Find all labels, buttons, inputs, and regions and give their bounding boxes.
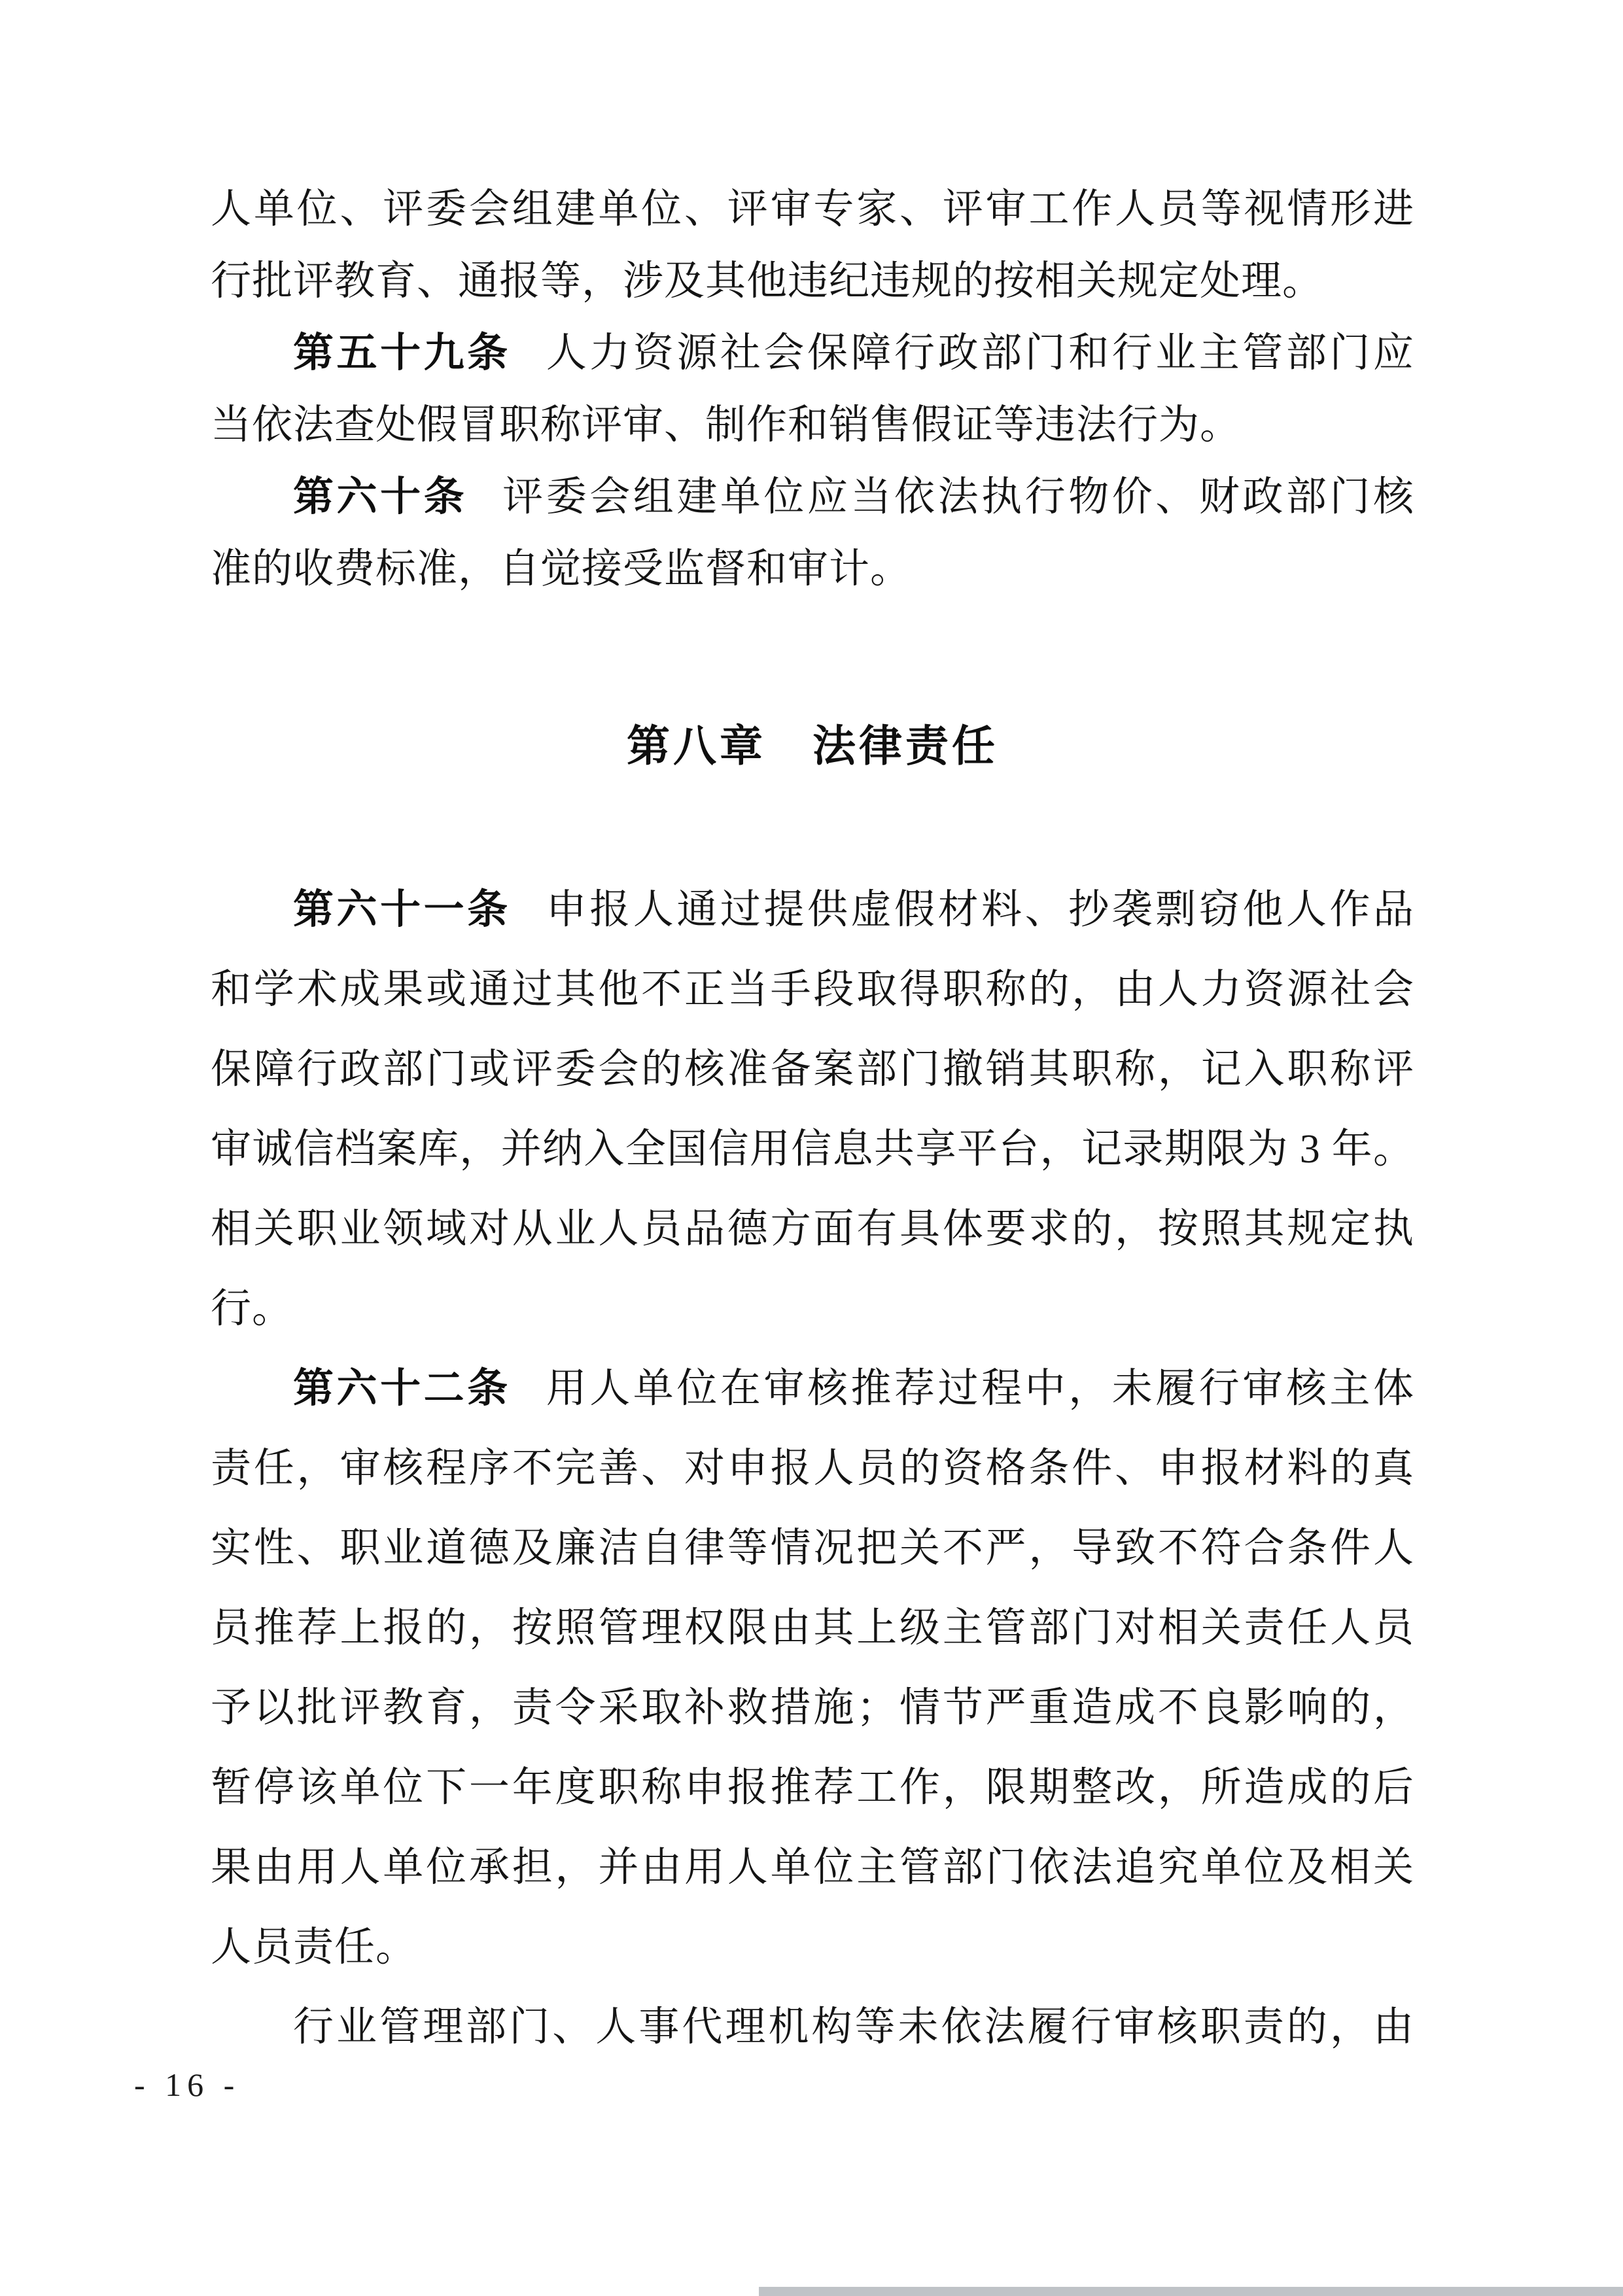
- text-body: 人单位、评委会组建单位、评审专家、评审工作人员等视情形进 行批评教育、通报等，涉…: [211, 173, 1414, 2067]
- section-after-chapter: 第六十一条申报人通过提供虚假材料、抄袭剽窃他人作品 和学术成果或通过其他不正当手…: [211, 870, 1414, 2067]
- line-text: 相关职业领域对从业人员品德方面有具体要求的，按照其规定执: [211, 1207, 1414, 1251]
- body-line: 和学术成果或通过其他不正当手段取得职称的，由人力资源社会: [211, 950, 1414, 1030]
- line-text: 准的收费标准，自觉接受监督和审计。: [211, 547, 911, 591]
- page-number: - 16 -: [134, 2066, 240, 2104]
- body-line-article-61: 第六十一条申报人通过提供虚假材料、抄袭剽窃他人作品: [211, 870, 1414, 950]
- article-number: 第六十一条: [293, 887, 511, 932]
- body-line: 行。: [211, 1269, 1414, 1349]
- body-line: 责任，审核程序不完善、对申报人员的资格条件、申报材料的真: [211, 1429, 1414, 1508]
- article-number: 第六十二条: [293, 1366, 511, 1411]
- line-text: 和学术成果或通过其他不正当手段取得职称的，由人力资源社会: [211, 967, 1414, 1012]
- line-text: 行批评教育、通报等，涉及其他违纪违规的按相关规定处理。: [211, 259, 1323, 304]
- line-text: 人员责任。: [211, 1925, 417, 1970]
- body-line: 予以批评教育，责令采取补救措施；情节严重造成不良影响的，: [211, 1668, 1414, 1748]
- line-text: 员推荐上报的，按照管理权限由其上级主管部门对相关责任人员: [211, 1606, 1414, 1650]
- line-text: 审诚信档案库，并纳入全国信用信息共享平台，记录期限为 3 年。: [211, 1127, 1414, 1172]
- line-text: 评委会组建单位应当依法执行物价、财政部门核: [502, 475, 1414, 519]
- document-page: 人单位、评委会组建单位、评审专家、评审工作人员等视情形进 行批评教育、通报等，涉…: [0, 0, 1623, 2296]
- body-line: 当依法查处假冒职称评审、制作和销售假证等违法行为。: [211, 389, 1414, 461]
- body-line: 员推荐上报的，按照管理权限由其上级主管部门对相关责任人员: [211, 1588, 1414, 1668]
- body-line-article-60: 第六十条评委会组建单位应当依法执行物价、财政部门核: [211, 461, 1414, 533]
- line-text: 人单位、评委会组建单位、评审专家、评审工作人员等视情形进: [211, 187, 1414, 232]
- body-line-article-62: 第六十二条用人单位在审核推荐过程中，未履行审核主体: [211, 1349, 1414, 1429]
- chapter-heading: 第八章 法律责任: [211, 710, 1414, 782]
- line-text: 果由用人单位承担，并由用人单位主管部门依法追究单位及相关: [211, 1845, 1414, 1890]
- line-text: 行。: [211, 1287, 293, 1331]
- line-text: 予以批评教育，责令采取补救措施；情节严重造成不良影响的，: [211, 1686, 1414, 1730]
- body-line: 果由用人单位承担，并由用人单位主管部门依法追究单位及相关: [211, 1828, 1414, 1907]
- body-line: 人员责任。: [211, 1907, 1414, 1987]
- line-text: 责任，审核程序不完善、对申报人员的资格条件、申报材料的真: [211, 1446, 1414, 1491]
- line-text: 保障行政部门或评委会的核准备案部门撤销其职称，记入职称评: [211, 1047, 1414, 1092]
- line-text: 用人单位在审核推荐过程中，未履行审核主体: [546, 1366, 1414, 1411]
- body-line: 准的收费标准，自觉接受监督和审计。: [211, 533, 1414, 605]
- body-line: 相关职业领域对从业人员品德方面有具体要求的，按照其规定执: [211, 1189, 1414, 1269]
- line-text: 实性、职业道德及廉洁自律等情况把关不严，导致不符合条件人: [211, 1526, 1414, 1571]
- line-text: 行业管理部门、人事代理机构等未依法履行审核职责的，由: [293, 2005, 1414, 2049]
- line-text: 人力资源社会保障行政部门和行业主管部门应: [546, 331, 1414, 375]
- body-line: 行批评教育、通报等，涉及其他违纪违规的按相关规定处理。: [211, 245, 1414, 317]
- section-before-chapter: 人单位、评委会组建单位、评审专家、评审工作人员等视情形进 行批评教育、通报等，涉…: [211, 173, 1414, 605]
- line-text: 申报人通过提供虚假材料、抄袭剽窃他人作品: [546, 888, 1414, 932]
- body-line: 人单位、评委会组建单位、评审专家、评审工作人员等视情形进: [211, 173, 1414, 245]
- body-line: 保障行政部门或评委会的核准备案部门撤销其职称，记入职称评: [211, 1030, 1414, 1109]
- body-line: 审诚信档案库，并纳入全国信用信息共享平台，记录期限为 3 年。: [211, 1109, 1414, 1189]
- line-text: 当依法查处假冒职称评审、制作和销售假证等违法行为。: [211, 403, 1241, 447]
- line-text: 暂停该单位下一年度职称申报推荐工作，限期整改，所造成的后: [211, 1765, 1414, 1810]
- article-number: 第六十条: [293, 474, 467, 519]
- body-line: 行业管理部门、人事代理机构等未依法履行审核职责的，由: [211, 1987, 1414, 2067]
- body-line-article-59: 第五十九条人力资源社会保障行政部门和行业主管部门应: [211, 317, 1414, 389]
- scan-edge-artifact: [759, 2287, 1623, 2296]
- article-number: 第五十九条: [293, 330, 511, 375]
- body-line: 实性、职业道德及廉洁自律等情况把关不严，导致不符合条件人: [211, 1508, 1414, 1588]
- body-line: 暂停该单位下一年度职称申报推荐工作，限期整改，所造成的后: [211, 1748, 1414, 1828]
